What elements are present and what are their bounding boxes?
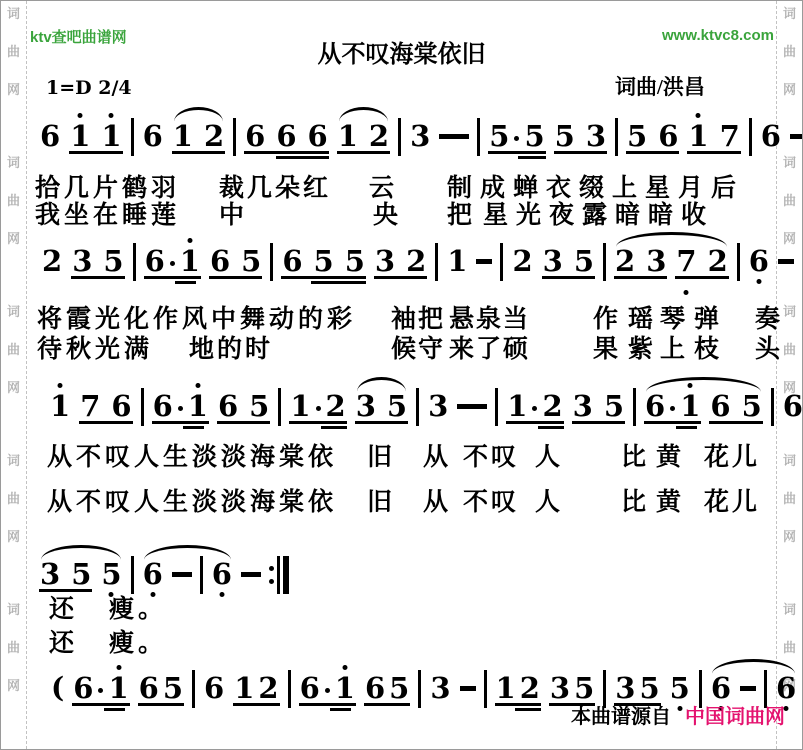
duration-dash	[460, 686, 476, 691]
beam-lines	[233, 703, 279, 713]
beamed-group: 12	[506, 391, 563, 431]
beamed-group: 35	[39, 559, 92, 599]
beam-notes: 35	[355, 391, 408, 421]
augmentation-dot	[316, 406, 321, 411]
beam-notes: 65	[364, 673, 410, 703]
barline	[603, 243, 606, 281]
lyric-segment: 瘦。	[109, 597, 167, 623]
note: 5	[554, 121, 576, 151]
watermark-char: 网	[7, 232, 20, 245]
lyric-segment: 头	[755, 337, 784, 363]
beam-notes: 12	[233, 673, 279, 703]
watermark-char: 词	[7, 7, 20, 20]
beamed-group: 17	[687, 121, 740, 161]
watermark-char: 曲	[783, 492, 796, 505]
beam-notes: 55	[488, 121, 545, 151]
note: 6	[203, 673, 225, 703]
slur-group: 66	[142, 559, 233, 594]
note: 3	[614, 673, 636, 703]
duration-dash	[778, 259, 794, 264]
note: 3	[427, 391, 449, 421]
beam-notes: 23	[614, 246, 667, 276]
lyric-segment: 来了硕	[449, 337, 530, 363]
slur-group: 35	[355, 391, 408, 431]
note: 5	[603, 391, 625, 421]
barline	[477, 118, 480, 156]
augmentation-dot	[170, 261, 175, 266]
beamed-group: 655	[281, 246, 366, 286]
song-title: 从不叹海棠依旧	[1, 34, 802, 69]
beam-lines	[572, 421, 625, 431]
note: 3	[39, 559, 61, 589]
note: 6	[138, 673, 160, 703]
beamed-group: 65	[364, 673, 410, 713]
barline	[200, 556, 203, 594]
beam-notes: 12	[337, 121, 390, 151]
beam-lines	[374, 276, 427, 286]
lyric-segment: 中	[219, 203, 248, 229]
note: 6	[710, 673, 732, 703]
barline	[398, 118, 401, 156]
lyric-segment: 人	[535, 490, 564, 516]
barline	[192, 670, 195, 708]
beam-lines	[69, 151, 122, 161]
beam-lines	[687, 151, 740, 161]
beam-notes: 72	[675, 246, 728, 276]
lyric-segment: 不叹	[463, 490, 519, 516]
lyric-segment: 枝	[694, 337, 723, 363]
note: 6	[142, 121, 164, 151]
lyric-segment: 比	[621, 445, 650, 471]
beamed-group: 32	[374, 246, 427, 286]
duration-dash	[241, 572, 261, 577]
barline	[233, 118, 236, 156]
note: 6	[299, 673, 321, 703]
music-line-3: 1766165123531235616561235	[49, 391, 777, 431]
beam-lines	[209, 276, 262, 286]
duration-dash	[790, 134, 803, 139]
note: 6	[657, 121, 679, 151]
lyric-segment: 不叹	[463, 445, 519, 471]
note: 5	[638, 673, 660, 703]
beamed-group: 666	[244, 121, 329, 161]
beam-notes: 35	[614, 673, 660, 703]
beam-notes: 61	[299, 673, 356, 703]
beam-notes: 12	[506, 391, 563, 421]
beamed-group: 61	[72, 673, 129, 713]
lyric-segment: 我坐在睡莲	[35, 203, 180, 229]
note: 1	[187, 391, 209, 421]
note: 6	[142, 559, 164, 589]
watermark-char: 网	[7, 83, 20, 96]
barline	[270, 243, 273, 281]
duration-dash	[740, 686, 756, 691]
beam-lines	[542, 276, 595, 286]
watermark-char: 曲	[783, 194, 796, 207]
watermark-char: 词	[7, 156, 20, 169]
note: 6	[275, 121, 297, 151]
note: 3	[585, 121, 607, 151]
beamed-group: 12	[289, 391, 346, 431]
lyric-segment: 花儿	[704, 490, 760, 516]
beam-lines	[488, 151, 545, 161]
music-line-4: 35566	[39, 559, 237, 599]
lyric-segment: 拾几片鹤羽	[35, 176, 180, 202]
watermark-char: 词	[783, 156, 796, 169]
note: 1	[446, 246, 468, 276]
note: 6	[782, 391, 803, 421]
beam-lines	[709, 421, 762, 431]
note: 5	[626, 121, 648, 151]
note: 6	[281, 246, 303, 276]
note: 6	[364, 673, 386, 703]
lyric-segment: 云	[369, 176, 398, 202]
watermark-char: 网	[783, 232, 796, 245]
beam-notes: 11	[69, 121, 122, 151]
barline	[633, 388, 636, 426]
note: 5	[573, 673, 595, 703]
note: 7	[675, 246, 697, 276]
barline	[749, 118, 752, 156]
note: 2	[368, 121, 390, 151]
note: 1	[233, 673, 255, 703]
repeat-dots	[269, 566, 274, 584]
note: 6	[709, 391, 731, 421]
note: 3	[409, 121, 431, 151]
lyric-segment: 花儿	[704, 445, 760, 471]
lyric-segment: 央	[373, 203, 402, 229]
note: 2	[519, 673, 541, 703]
note: 2	[707, 246, 729, 276]
beam-lines	[217, 421, 270, 431]
note: 1	[179, 246, 201, 276]
note: 5	[344, 246, 366, 276]
watermark-char: 词	[783, 305, 796, 318]
note: 1	[687, 121, 709, 151]
lyric-segment: 上	[660, 337, 689, 363]
beam-notes: 35	[542, 246, 595, 276]
note: 5	[70, 559, 92, 589]
beam-lines	[289, 421, 346, 431]
repeat-thick-bar	[283, 556, 289, 594]
note: 1	[334, 673, 356, 703]
note: 5	[240, 246, 262, 276]
lyric-segment: 旧	[367, 490, 396, 516]
note: 3	[429, 673, 451, 703]
watermark-char: 曲	[7, 641, 20, 654]
watermark-char: 曲	[783, 641, 796, 654]
note: 1	[172, 121, 194, 151]
beam-lines	[152, 421, 209, 431]
beam-lines	[337, 151, 390, 161]
beam-notes: 12	[495, 673, 541, 703]
note: 6	[775, 673, 797, 703]
barline	[771, 388, 774, 426]
beam-lines	[138, 703, 184, 713]
barline	[418, 670, 421, 708]
note: 2	[203, 121, 225, 151]
beamed-group: 72	[675, 246, 728, 286]
watermark-column-left: 词曲网词曲网词曲网词曲网词曲网	[1, 1, 27, 749]
beamed-group: 35	[71, 246, 124, 286]
beam-notes: 61	[144, 246, 201, 276]
beam-notes: 65	[709, 391, 762, 421]
watermark-char: 曲	[783, 343, 796, 356]
note: 5	[741, 391, 763, 421]
note: 1	[679, 391, 701, 421]
barline	[495, 388, 498, 426]
duration-dash	[172, 572, 192, 577]
lyric-segment: 从	[423, 445, 452, 471]
beam-notes: 61	[644, 391, 701, 421]
beamed-group: 61	[299, 673, 356, 713]
note: 3	[572, 391, 594, 421]
watermark-char: 曲	[7, 194, 20, 207]
note: 1	[49, 391, 71, 421]
note: 3	[374, 246, 396, 276]
note: 3	[645, 246, 667, 276]
watermark-char: 网	[7, 679, 20, 692]
beamed-group: 35	[572, 391, 625, 431]
beamed-group: 12	[495, 673, 541, 713]
repeat-thin-bar	[277, 556, 280, 594]
barline	[435, 243, 438, 281]
note: 1	[69, 121, 91, 151]
music-line-2: 2356165655321235237267562356	[41, 246, 779, 286]
beamed-group: 56	[626, 121, 679, 161]
beam-notes: 12	[289, 391, 346, 421]
lyric-segment: 制成蝉衣缀上星月后	[447, 176, 744, 202]
beamed-group: 23	[614, 246, 667, 286]
watermark-char: 网	[7, 381, 20, 394]
beamed-group: 12	[172, 121, 225, 161]
beam-notes: 61	[152, 391, 209, 421]
note: 5	[248, 391, 270, 421]
repeat-end-sign	[269, 556, 289, 594]
note: 5	[573, 246, 595, 276]
lyric-segment: 紫	[628, 337, 657, 363]
footer-source-label: 本曲谱源自	[571, 700, 671, 729]
note: 5	[313, 246, 335, 276]
beam-lines	[355, 421, 408, 431]
beam-lines	[495, 703, 541, 713]
barline	[133, 243, 136, 281]
note: 3	[549, 673, 571, 703]
note: 5	[488, 121, 510, 151]
beamed-group: 35	[542, 246, 595, 286]
barline	[484, 670, 487, 708]
watermark-char: 词	[7, 454, 20, 467]
note: 5	[386, 391, 408, 421]
beam-notes: 53	[554, 121, 607, 151]
beamed-group: 11	[69, 121, 122, 161]
barline	[131, 118, 134, 156]
lyric-segment: 悬泉当	[449, 307, 530, 333]
beam-notes: 35	[572, 391, 625, 421]
note: 2	[511, 246, 533, 276]
music-line-coda: (616561261653123535566)	[51, 673, 529, 713]
augmentation-dot	[514, 136, 519, 141]
note: 2	[41, 246, 63, 276]
lyric-segment: 从不叹人生淡淡海棠依	[47, 490, 337, 516]
note: 3	[71, 246, 93, 276]
note: 2	[541, 391, 563, 421]
lyric-segment: 奏	[755, 307, 784, 333]
beam-lines	[614, 276, 667, 286]
music-line-1: 611612666123555356176	[39, 121, 779, 161]
parenthesis: (	[51, 673, 64, 703]
beam-notes: 655	[281, 246, 366, 276]
beamed-group: 12	[337, 121, 390, 161]
augmentation-dot	[532, 406, 537, 411]
beam-lines	[554, 151, 607, 161]
note: 1	[289, 391, 311, 421]
beam-notes: 61	[72, 673, 129, 703]
footer-site-link[interactable]: 中国词曲网	[685, 700, 785, 729]
augmentation-dot	[325, 688, 330, 693]
watermark-char: 曲	[7, 492, 20, 505]
slur-group: 6165	[644, 391, 763, 431]
lyric-segment: 裁几朵红	[219, 176, 331, 202]
lyric-segment: 琴	[660, 307, 689, 333]
beamed-group: 65	[217, 391, 270, 431]
duration-dash	[457, 404, 487, 409]
watermark-char: 曲	[7, 343, 20, 356]
note: 1	[107, 673, 129, 703]
note: 6	[644, 391, 666, 421]
beamed-group: 55	[488, 121, 545, 161]
barline	[615, 118, 618, 156]
beam-notes: 35	[549, 673, 595, 703]
slur-group: 2372	[614, 246, 729, 286]
note: 6	[748, 246, 770, 276]
note: 6	[307, 121, 329, 151]
beam-lines	[281, 276, 366, 286]
lyric-segment: 从不叹人生淡淡海棠依	[47, 445, 337, 471]
slur-group: 12	[337, 121, 390, 161]
note: 1	[100, 121, 122, 151]
watermark-char: 词	[783, 603, 796, 616]
note: 1	[337, 121, 359, 151]
beam-notes: 35	[71, 246, 124, 276]
beam-notes: 32	[374, 246, 427, 276]
note: 2	[405, 246, 427, 276]
slur-group: 12	[172, 121, 225, 161]
note: 3	[355, 391, 377, 421]
lyric-segment: 人	[535, 445, 564, 471]
lyric-segment: 袖把	[391, 307, 445, 333]
beamed-group: 53	[554, 121, 607, 161]
beam-lines	[144, 276, 201, 286]
lyric-segment: 把	[447, 203, 476, 229]
note: 2	[257, 673, 279, 703]
slur-group: 355	[39, 559, 123, 599]
note: 3	[542, 246, 564, 276]
beam-notes: 35	[39, 559, 92, 589]
barline	[278, 388, 281, 426]
note: 5	[669, 673, 691, 703]
note: 6	[244, 121, 266, 151]
lyric-segment: 从	[423, 490, 452, 516]
lyric-segment: 还	[49, 597, 78, 623]
beam-lines	[79, 421, 132, 431]
barline	[416, 388, 419, 426]
watermark-column-right: 词曲网词曲网词曲网词曲网词曲网	[776, 1, 802, 749]
barline	[737, 243, 740, 281]
augmentation-dot	[670, 406, 675, 411]
beam-lines	[626, 151, 679, 161]
duration-dash	[476, 259, 492, 264]
beamed-group: 61	[144, 246, 201, 286]
watermark-char: 网	[7, 530, 20, 543]
beam-notes: 65	[217, 391, 270, 421]
lyric-segment: 瘦。	[109, 631, 167, 657]
beam-notes: 12	[172, 121, 225, 151]
note: 2	[325, 391, 347, 421]
beam-lines	[72, 703, 129, 713]
lyric-segment: 地的时	[189, 337, 273, 363]
note: 7	[79, 391, 101, 421]
beamed-group: 61	[152, 391, 209, 431]
composer-credit: 词曲/洪昌	[615, 71, 705, 101]
watermark-char: 词	[7, 305, 20, 318]
key-signature: 1=D 2/4	[46, 77, 132, 99]
note: 6	[39, 121, 61, 151]
lyric-segment: 还	[49, 631, 78, 657]
beam-notes: 666	[244, 121, 329, 151]
barline	[141, 388, 144, 426]
watermark-char: 网	[783, 530, 796, 543]
beamed-group: 65	[709, 391, 762, 431]
beam-notes: 56	[626, 121, 679, 151]
barline	[288, 670, 291, 708]
beamed-group: 65	[138, 673, 184, 713]
beam-lines	[364, 703, 410, 713]
beamed-group: 61	[644, 391, 701, 431]
note: 5	[388, 673, 410, 703]
lyric-segment: 旧	[367, 445, 396, 471]
lyric-segment: 果	[593, 337, 622, 363]
lyric-segment: 待秋光满	[37, 337, 153, 363]
beam-lines	[506, 421, 563, 431]
barline	[500, 243, 503, 281]
beamed-group: 12	[233, 673, 279, 713]
lyric-segment: 候守	[391, 337, 445, 363]
watermark-char: 网	[783, 83, 796, 96]
watermark-char: 词	[783, 7, 796, 20]
beamed-group: 65	[209, 246, 262, 286]
note: 5	[102, 246, 124, 276]
watermark-char: 词	[783, 454, 796, 467]
note: 6	[211, 559, 233, 589]
beamed-group: 35	[355, 391, 408, 431]
lyric-segment: 比	[621, 490, 650, 516]
lyric-segment: 作	[593, 307, 622, 333]
note: 2	[614, 246, 636, 276]
note: 6	[144, 246, 166, 276]
note: 5	[523, 121, 545, 151]
beam-lines	[644, 421, 701, 431]
watermark-char: 词	[7, 603, 20, 616]
barline	[131, 556, 134, 594]
note: 7	[719, 121, 741, 151]
beam-lines	[172, 151, 225, 161]
note: 6	[110, 391, 132, 421]
augmentation-dot	[178, 406, 183, 411]
beam-lines	[299, 703, 356, 713]
beam-lines	[244, 151, 329, 161]
beamed-group: 76	[79, 391, 132, 431]
